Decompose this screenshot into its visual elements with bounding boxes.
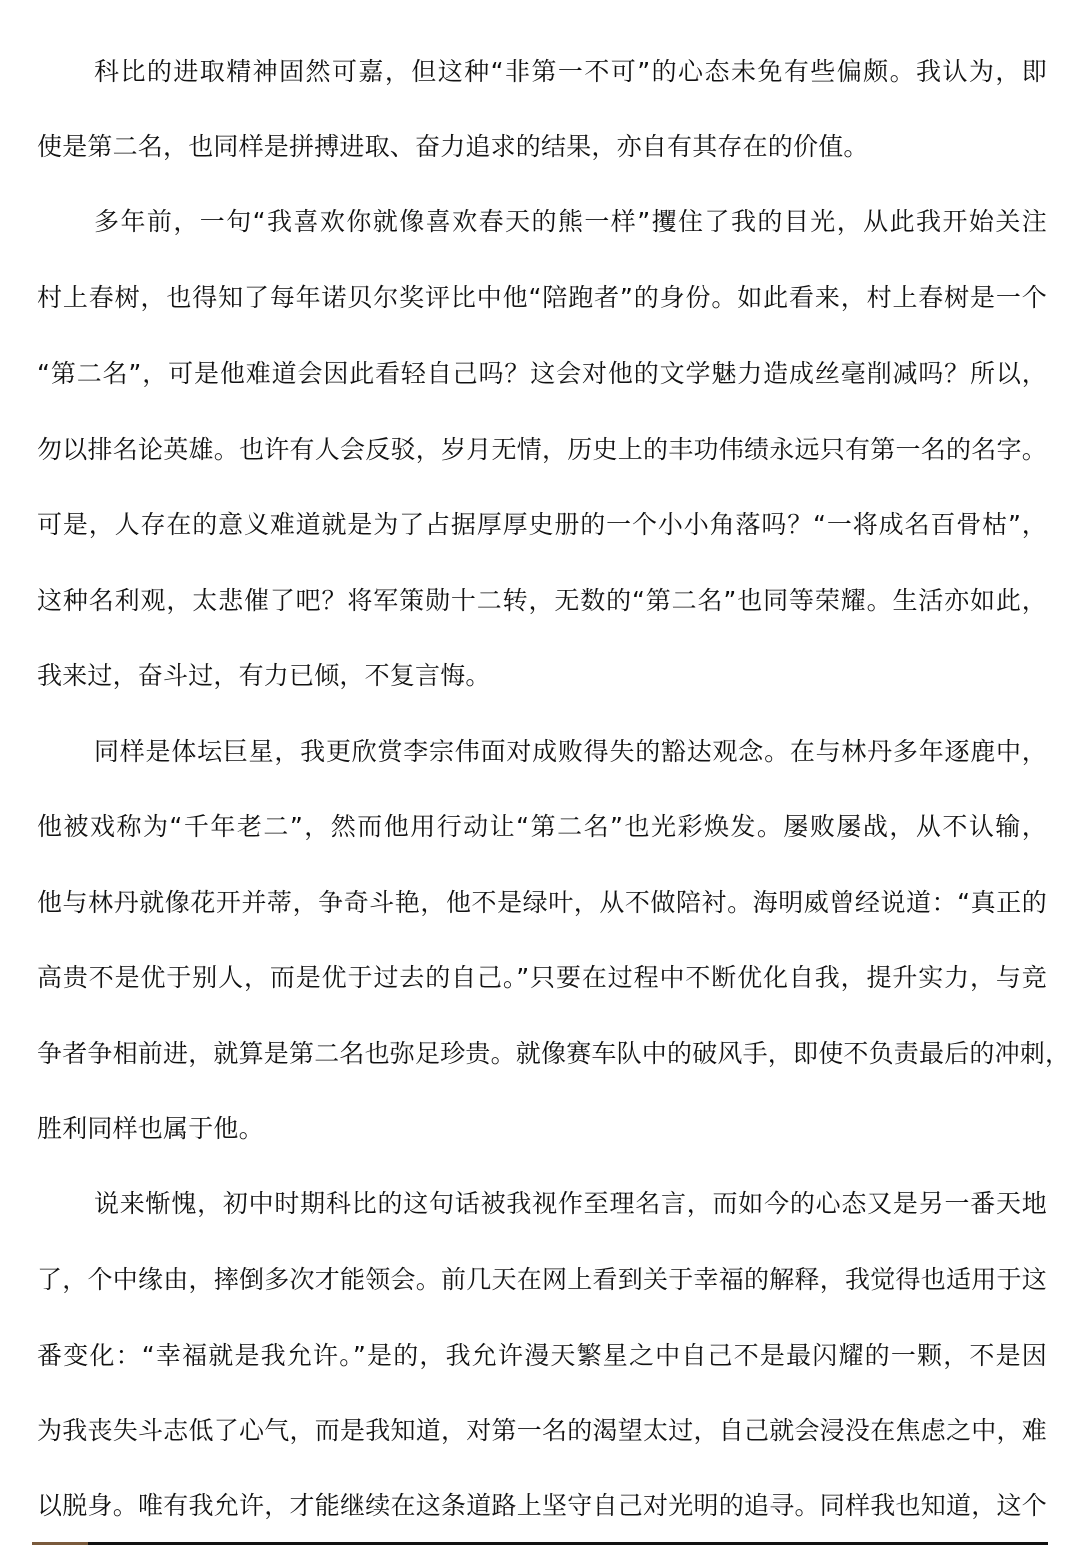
paragraph-1-line-2: 使是第二名，也同样是拼搏进取、奋力追求的结果，亦自有其存在的价值。: [37, 131, 1047, 163]
paragraph-2-line-7: 我来过，奋斗过，有力已倾，不复言悔。: [37, 660, 1047, 692]
bottom-divider-accent: [32, 1542, 88, 1545]
paragraph-3-line-2: 他被戏称为“千年老二”，然而他用行动让“第二名”也光彩焕发。屡败屡战，从不认输，: [37, 811, 1047, 843]
paragraph-4-line-5: 以脱身。唯有我允许，才能继续在这条道路上坚守自己对光明的追寻。同样我也知道，这个: [37, 1490, 1047, 1522]
paragraph-3-line-1: 同样是体坛巨星，我更欣赏李宗伟面对成败得失的豁达观念。在与林丹多年逐鹿中，: [94, 736, 1047, 768]
paragraph-2-line-4: 勿以排名论英雄。也许有人会反驳，岁月无情，历史上的丰功伟绩永远只有第一名的名字。: [37, 434, 1047, 466]
document-page: 科比的进取精神固然可嘉，但这种“非第一不可”的心态未免有些偏颇。我认为，即 使是…: [0, 0, 1080, 1546]
paragraph-4-line-2: 了，个中缘由，摔倒多次才能领会。前几天在网上看到关于幸福的解释，我觉得也适用于这: [37, 1264, 1047, 1296]
paragraph-3-line-4: 高贵不是优于别人，而是优于过去的自己。”只要在过程中不断优化自我，提升实力，与竞: [37, 962, 1047, 994]
paragraph-1-line-1: 科比的进取精神固然可嘉，但这种“非第一不可”的心态未免有些偏颇。我认为，即: [94, 56, 1047, 88]
paragraph-3-line-5: 争者争相前进，就算是第二名也弥足珍贵。就像赛车队中的破风手，即使不负责最后的冲刺…: [37, 1038, 1047, 1070]
paragraph-2-line-6: 这种名利观，太悲催了吧？将军策勋十二转，无数的“第二名”也同等荣耀。生活亦如此，: [37, 585, 1047, 617]
bottom-divider: [32, 1542, 1048, 1545]
paragraph-3-line-3: 他与林丹就像花开并蒂，争奇斗艳，他不是绿叶，从不做陪衬。海明威曾经说道：“真正的: [37, 887, 1047, 919]
paragraph-2-line-2: 村上春树，也得知了每年诺贝尔奖评比中他“陪跑者”的身份。如此看来，村上春树是一个: [37, 282, 1047, 314]
paragraph-2-line-5: 可是，人存在的意义难道就是为了占据厚厚史册的一个小小角落吗？“一将成名百骨枯”，: [37, 509, 1047, 541]
paragraph-3-line-6: 胜利同样也属于他。: [37, 1113, 1047, 1145]
paragraph-4-line-1: 说来惭愧，初中时期科比的这句话被我视作至理名言，而如今的心态又是另一番天地: [94, 1188, 1047, 1220]
paragraph-2-line-3: “第二名”，可是他难道会因此看轻自己吗？这会对他的文学魅力造成丝毫削减吗？所以，: [37, 358, 1047, 390]
paragraph-2-line-1: 多年前，一句“我喜欢你就像喜欢春天的熊一样”攫住了我的目光，从此我开始关注: [94, 206, 1047, 238]
paragraph-4-line-3: 番变化：“幸福就是我允许。”是的，我允许漫天繁星之中自己不是最闪耀的一颗，不是因: [37, 1340, 1047, 1372]
paragraph-4-line-4: 为我丧失斗志低了心气，而是我知道，对第一名的渴望太过，自己就会浸没在焦虑之中，难: [37, 1415, 1047, 1447]
